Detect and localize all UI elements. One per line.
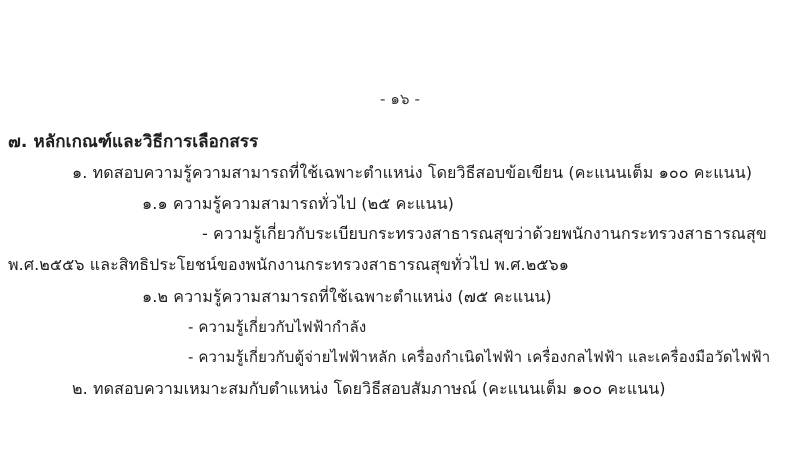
document-page: - ๑๖ - ๗. หลักเกณฑ์และวิธีการเลือกสรร ๑.… [0, 0, 800, 469]
subitem-position-knowledge: ๑.๒ ความรู้ความสามารถที่ใช้เฉพาะตำแหน่ง … [142, 286, 552, 308]
subitem-general-knowledge: ๑.๑ ความรู้ความสามารถทั่วไป (๒๕ คะแนน) [142, 193, 454, 215]
page-number: - ๑๖ - [0, 88, 800, 110]
bullet-regulations-continued: พ.ศ.๒๕๕๖ และสิทธิประโยชน์ของพนักงานกระทร… [8, 254, 569, 276]
criteria-item-written-exam: ๑. ทดสอบความรู้ความสามารถที่ใช้เฉพาะตำแห… [72, 162, 752, 184]
bullet-regulations: - ความรู้เกี่ยวกับระเบียบกระทรวงสาธารณสุ… [202, 223, 767, 245]
section-heading: ๗. หลักเกณฑ์และวิธีการเลือกสรร [8, 131, 258, 153]
bullet-electric-power: - ความรู้เกี่ยวกับไฟฟ้ากำลัง [188, 316, 366, 338]
bullet-electrical-equipment: - ความรู้เกี่ยวกับตู้จ่ายไฟฟ้าหลัก เครื่… [188, 346, 770, 368]
criteria-item-interview: ๒. ทดสอบความเหมาะสมกับตำแหน่ง โดยวิธีสอบ… [72, 378, 666, 400]
